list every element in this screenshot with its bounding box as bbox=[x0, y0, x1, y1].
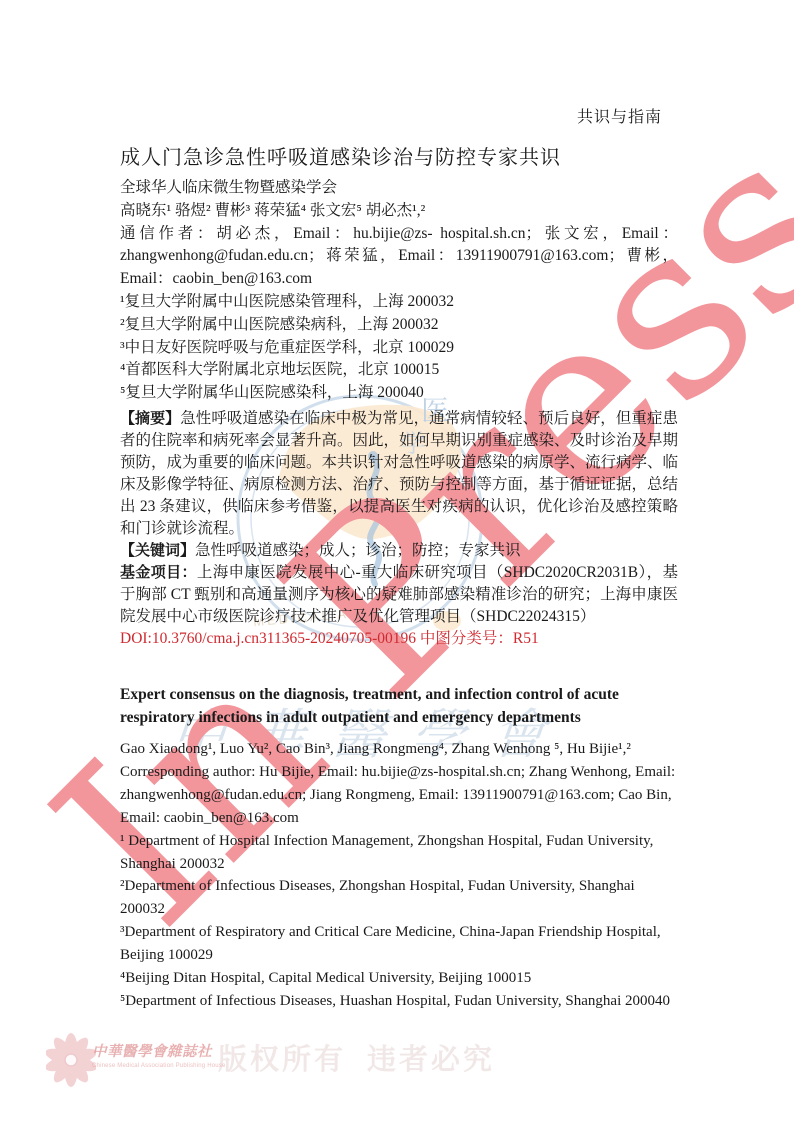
keywords-label: 【关键词】 bbox=[120, 542, 195, 559]
document-page: 医 学 MEDICAL AS 中華醫學會 In Press 共识与指南 成人门急… bbox=[0, 0, 794, 1123]
publisher-name-cn: 中華醫學會雜誌社 bbox=[92, 1040, 312, 1061]
doi-line: DOI:10.3760/cma.j.cn311365-20240705-0019… bbox=[120, 628, 678, 650]
affiliation-en-4: ⁴Beijing Ditan Hospital, Capital Medical… bbox=[120, 967, 680, 990]
affiliation-en-1: ¹ Department of Hospital Infection Manag… bbox=[120, 830, 680, 876]
authors-cn: 高晓东¹ 骆煜² 曹彬³ 蒋荣猛⁴ 张文宏⁵ 胡必杰¹,² bbox=[120, 200, 678, 223]
corresponding-authors-cn: 通信作者：胡必杰，Email：hu.bijie@zs- hospital.sh.… bbox=[120, 223, 678, 291]
corresponding-authors-en: Corresponding author: Hu Bijie, Email: h… bbox=[120, 761, 680, 830]
publisher-flower-logo-icon bbox=[46, 1033, 96, 1092]
abstract-text: 急性呼吸道感染在临床中极为常见，通常病情较轻、预后良好，但重症患者的住院率和病死… bbox=[120, 410, 678, 537]
english-byline-block: Gao Xiaodong¹, Luo Yu², Cao Bin³, Jiang … bbox=[120, 738, 680, 1013]
abstract-label: 【摘要】 bbox=[120, 410, 180, 427]
authors-en: Gao Xiaodong¹, Luo Yu², Cao Bin³, Jiang … bbox=[120, 738, 680, 761]
article-title-cn: 成人门急诊急性呼吸道感染诊治与防控专家共识 bbox=[120, 141, 720, 170]
publisher-block: 中華醫學會雜誌社 Chinese Medical Association Pub… bbox=[92, 1040, 312, 1069]
affiliation-cn-5: ⁵复旦大学附属华山医院感染科，上海 200040 bbox=[120, 382, 678, 405]
affiliation-cn-1: ¹复旦大学附属中山医院感染管理科，上海 200032 bbox=[120, 291, 678, 314]
article-title-en: Expert consensus on the diagnosis, treat… bbox=[120, 683, 685, 729]
abstract-block: 【摘要】急性呼吸道感染在临床中极为常见，通常病情较轻、预后良好，但重症患者的住院… bbox=[120, 408, 678, 650]
funding-text: 上海申康医院发展中心-重大临床研究项目（SHDC2020CR2031B），基于胸… bbox=[120, 564, 678, 625]
keywords-text: 急性呼吸道感染；成人；诊治；防控；专家共识 bbox=[195, 542, 521, 559]
publisher-name-en: Chinese Medical Association Publishing H… bbox=[92, 1063, 312, 1069]
abstract-paragraph: 【摘要】急性呼吸道感染在临床中极为常见，通常病情较轻、预后良好，但重症患者的住院… bbox=[120, 408, 678, 540]
affiliation-cn-2: ²复旦大学附属中山医院感染病科，上海 200032 bbox=[120, 314, 678, 337]
affiliation-cn-3: ³中日友好医院呼吸与危重症医学科，北京 100029 bbox=[120, 337, 678, 360]
affiliation-en-2: ²Department of Infectious Diseases, Zhon… bbox=[120, 875, 680, 921]
funding-label: 基金项目： bbox=[120, 564, 197, 581]
keywords-line: 【关键词】急性呼吸道感染；成人；诊治；防控；专家共识 bbox=[120, 540, 678, 562]
funding-paragraph: 基金项目：上海申康医院发展中心-重大临床研究项目（SHDC2020CR2031B… bbox=[120, 562, 678, 628]
affiliation-en-5: ⁵Department of Infectious Diseases, Huas… bbox=[120, 990, 680, 1013]
society-name: 全球华人临床微生物暨感染学会 bbox=[120, 177, 678, 200]
column-header-label: 共识与指南 bbox=[577, 104, 662, 127]
chinese-byline-block: 全球华人临床微生物暨感染学会 高晓东¹ 骆煜² 曹彬³ 蒋荣猛⁴ 张文宏⁵ 胡必… bbox=[120, 177, 678, 405]
affiliation-cn-4: ⁴首都医科大学附属北京地坛医院，北京 100015 bbox=[120, 359, 678, 382]
affiliation-en-3: ³Department of Respiratory and Critical … bbox=[120, 921, 680, 967]
